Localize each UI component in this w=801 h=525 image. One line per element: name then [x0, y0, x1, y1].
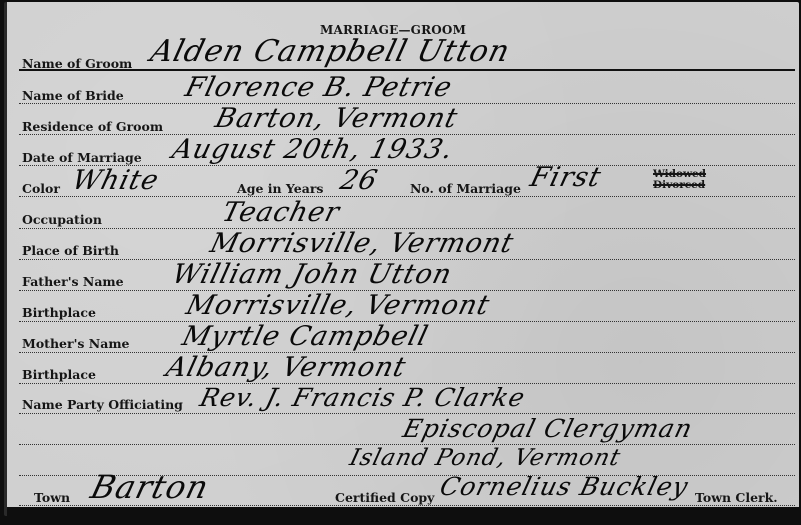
groom-residence-value: Barton, Vermont: [212, 103, 461, 134]
father-name-label: Father's Name: [22, 274, 124, 289]
age-value: 26: [337, 165, 381, 196]
officiant-value: Rev. J. Francis P. Clarke: [197, 383, 529, 412]
marriage-number-value: First: [527, 162, 605, 193]
place-of-birth-value: Morrisville, Vermont: [207, 228, 517, 259]
age-label: Age in Years: [237, 181, 323, 196]
officiant-residence-value: Island Pond, Vermont: [347, 445, 624, 471]
bride-name-label: Name of Bride: [22, 88, 124, 103]
marriage-record-card: MARRIAGE—GROOM Name of Groom Name of Bri…: [4, 2, 799, 516]
mother-name-label: Mother's Name: [22, 336, 130, 351]
father-birthplace-label: Birthplace: [22, 305, 96, 320]
town-value: Barton: [87, 468, 213, 506]
father-birthplace-value: Morrisville, Vermont: [183, 290, 493, 321]
occupation-label: Occupation: [22, 212, 102, 227]
place-of-birth-label: Place of Birth: [22, 243, 119, 258]
groom-name-label: Name of Groom: [22, 56, 132, 71]
mother-name-value: Myrtle Campbell: [179, 321, 432, 352]
color-value: White: [69, 165, 162, 196]
occupation-value: Teacher: [219, 197, 343, 228]
town-clerk-label: Town Clerk.: [695, 490, 778, 505]
groom-name-value: Alden Campbell Utton: [147, 34, 514, 69]
marriage-date-label: Date of Marriage: [22, 150, 142, 165]
color-label: Color: [22, 181, 60, 196]
mother-birthplace-label: Birthplace: [22, 367, 96, 382]
marriage-date-value: August 20th, 1933.: [169, 134, 457, 165]
groom-residence-label: Residence of Groom: [22, 119, 163, 134]
scan-shadow: [7, 507, 799, 516]
officiant-label: Name Party Officiating: [22, 397, 183, 412]
town-label: Town: [34, 490, 70, 505]
clerk-signature: Cornelius Buckley: [437, 472, 692, 501]
marital-status-options: Widowed Divorced: [653, 169, 706, 191]
bride-name-value: Florence B. Petrie: [182, 72, 456, 103]
marriage-number-label: No. of Marriage: [410, 181, 521, 196]
officiant-title-value: Episcopal Clergyman: [400, 414, 696, 443]
mother-birthplace-value: Albany, Vermont: [163, 352, 409, 383]
father-name-value: William John Utton: [169, 259, 455, 290]
certified-copy-label: Certified Copy: [335, 490, 434, 505]
divorced-option: Divorced: [653, 180, 706, 191]
